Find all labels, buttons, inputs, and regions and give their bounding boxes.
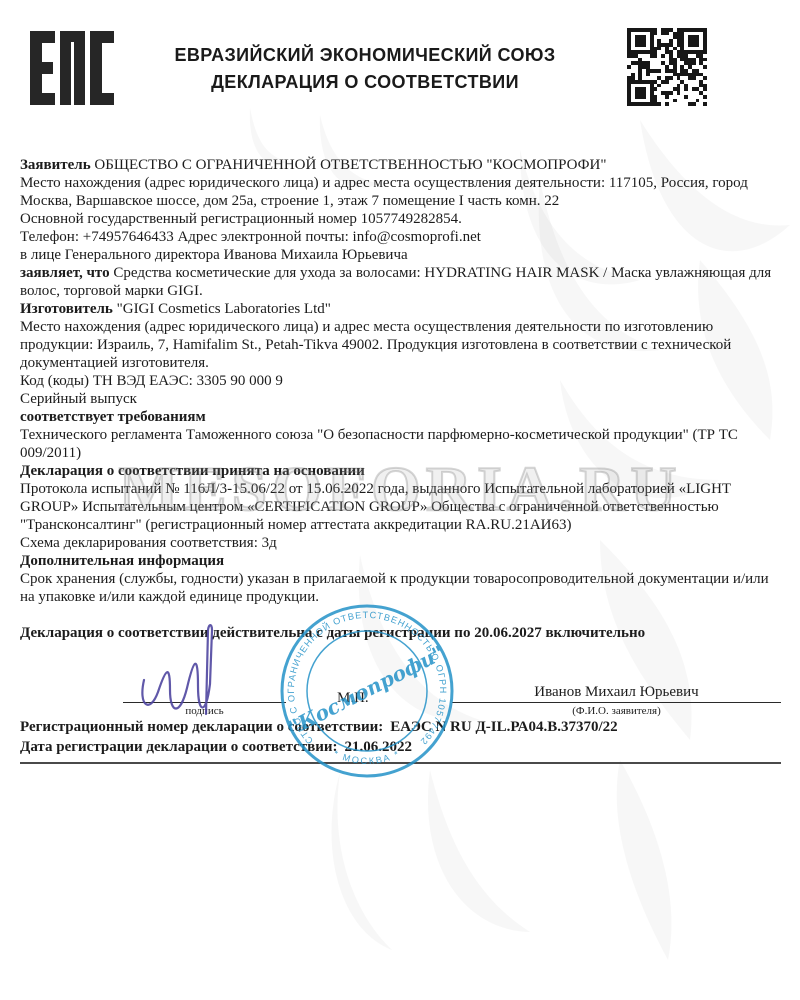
company-stamp: ОБЩЕСТВО С ОГРАНИЧЕННОЙ ОТВЕТСТВЕННОСТЬЮ… [272, 596, 462, 786]
paragraph-text: Основной государственный регистрационный… [20, 211, 462, 227]
declaration-paragraph: Место нахождения (адрес юридического лиц… [20, 318, 780, 372]
declaration-paragraph: Изготовитель "GIGI Cosmetics Laboratorie… [20, 300, 780, 318]
paragraph-text: в лице Генерального директора Иванова Ми… [20, 247, 408, 263]
declaration-paragraph: Декларация о соответствии принята на осн… [20, 462, 780, 480]
declaration-paragraph: Код (коды) ТН ВЭД ЕАЭС: 3305 90 000 9 [20, 372, 780, 390]
title-line-declaration: ДЕКЛАРАЦИЯ О СООТВЕТСТВИИ [140, 69, 590, 96]
stamp-center-text: "Космопрофи" [285, 641, 449, 740]
paragraph-text: Место нахождения (адрес юридического лиц… [20, 175, 748, 209]
paragraph-lead: Декларация о соответствии принята на осн… [20, 463, 365, 479]
paragraph-text: ОБЩЕСТВО С ОГРАНИЧЕННОЙ ОТВЕТСТВЕННОСТЬЮ… [91, 157, 607, 173]
paragraph-lead: Дополнительная информация [20, 553, 224, 569]
declaration-paragraph: соответствует требованиям [20, 408, 780, 426]
eac-logo-icon [30, 31, 114, 105]
declaration-paragraph: заявляет, что Средства косметические для… [20, 264, 780, 300]
paragraph-text: Телефон: +74957646433 Адрес электронной … [20, 229, 481, 245]
declaration-paragraph: Основной государственный регистрационный… [20, 210, 780, 228]
declaration-paragraph: Телефон: +74957646433 Адрес электронной … [20, 228, 780, 246]
handwritten-signature [126, 618, 276, 720]
applicant-name-caption: (Ф.И.О. заявителя) [452, 705, 781, 717]
title-line-union: ЕВРАЗИЙСКИЙ ЭКОНОМИЧЕСКИЙ СОЮЗ [140, 42, 590, 69]
declaration-paragraph: Место нахождения (адрес юридического лиц… [20, 174, 780, 210]
declaration-page: ЕВРАЗИЙСКИЙ ЭКОНОМИЧЕСКИЙ СОЮЗ ДЕКЛАРАЦИ… [0, 0, 800, 1000]
declaration-paragraph: Схема декларирования соответствия: 3д [20, 534, 780, 552]
paragraph-lead: Заявитель [20, 157, 91, 173]
paragraph-lead: заявляет, что [20, 265, 110, 281]
declaration-paragraph: в лице Генерального директора Иванова Ми… [20, 246, 780, 264]
declaration-paragraph: Серийный выпуск [20, 390, 780, 408]
declaration-paragraph: Дополнительная информация [20, 552, 780, 570]
paragraph-text: Место нахождения (адрес юридического лиц… [20, 319, 731, 371]
qr-module [703, 102, 707, 106]
paragraph-text: "GIGI Cosmetics Laboratories Ltd" [113, 301, 331, 317]
declaration-paragraph: Технического регламента Таможенного союз… [20, 426, 780, 462]
document-title: ЕВРАЗИЙСКИЙ ЭКОНОМИЧЕСКИЙ СОЮЗ ДЕКЛАРАЦИ… [140, 42, 590, 96]
declaration-paragraph: Заявитель ОБЩЕСТВО С ОГРАНИЧЕННОЙ ОТВЕТС… [20, 156, 780, 174]
paragraph-lead: Изготовитель [20, 301, 113, 317]
paragraph-text: Протокола испытаний № 116Л/3-15.06/22 от… [20, 481, 731, 533]
paragraph-text: Серийный выпуск [20, 391, 137, 407]
paragraph-text: Технического регламента Таможенного союз… [20, 427, 738, 461]
declaration-paragraph: Протокола испытаний № 116Л/3-15.06/22 от… [20, 480, 780, 534]
declaration-body-text: Заявитель ОБЩЕСТВО С ОГРАНИЧЕННОЙ ОТВЕТС… [20, 156, 780, 642]
paragraph-lead: соответствует требованиям [20, 409, 206, 425]
paragraph-text: Код (коды) ТН ВЭД ЕАЭС: 3305 90 000 9 [20, 373, 283, 389]
applicant-name-line [452, 702, 781, 703]
qr-code-icon [627, 28, 707, 106]
paragraph-text: Средства косметические для ухода за воло… [20, 265, 771, 299]
paragraph-text: Схема декларирования соответствия: 3д [20, 535, 277, 551]
applicant-name: Иванов Михаил Юрьевич [452, 684, 781, 701]
